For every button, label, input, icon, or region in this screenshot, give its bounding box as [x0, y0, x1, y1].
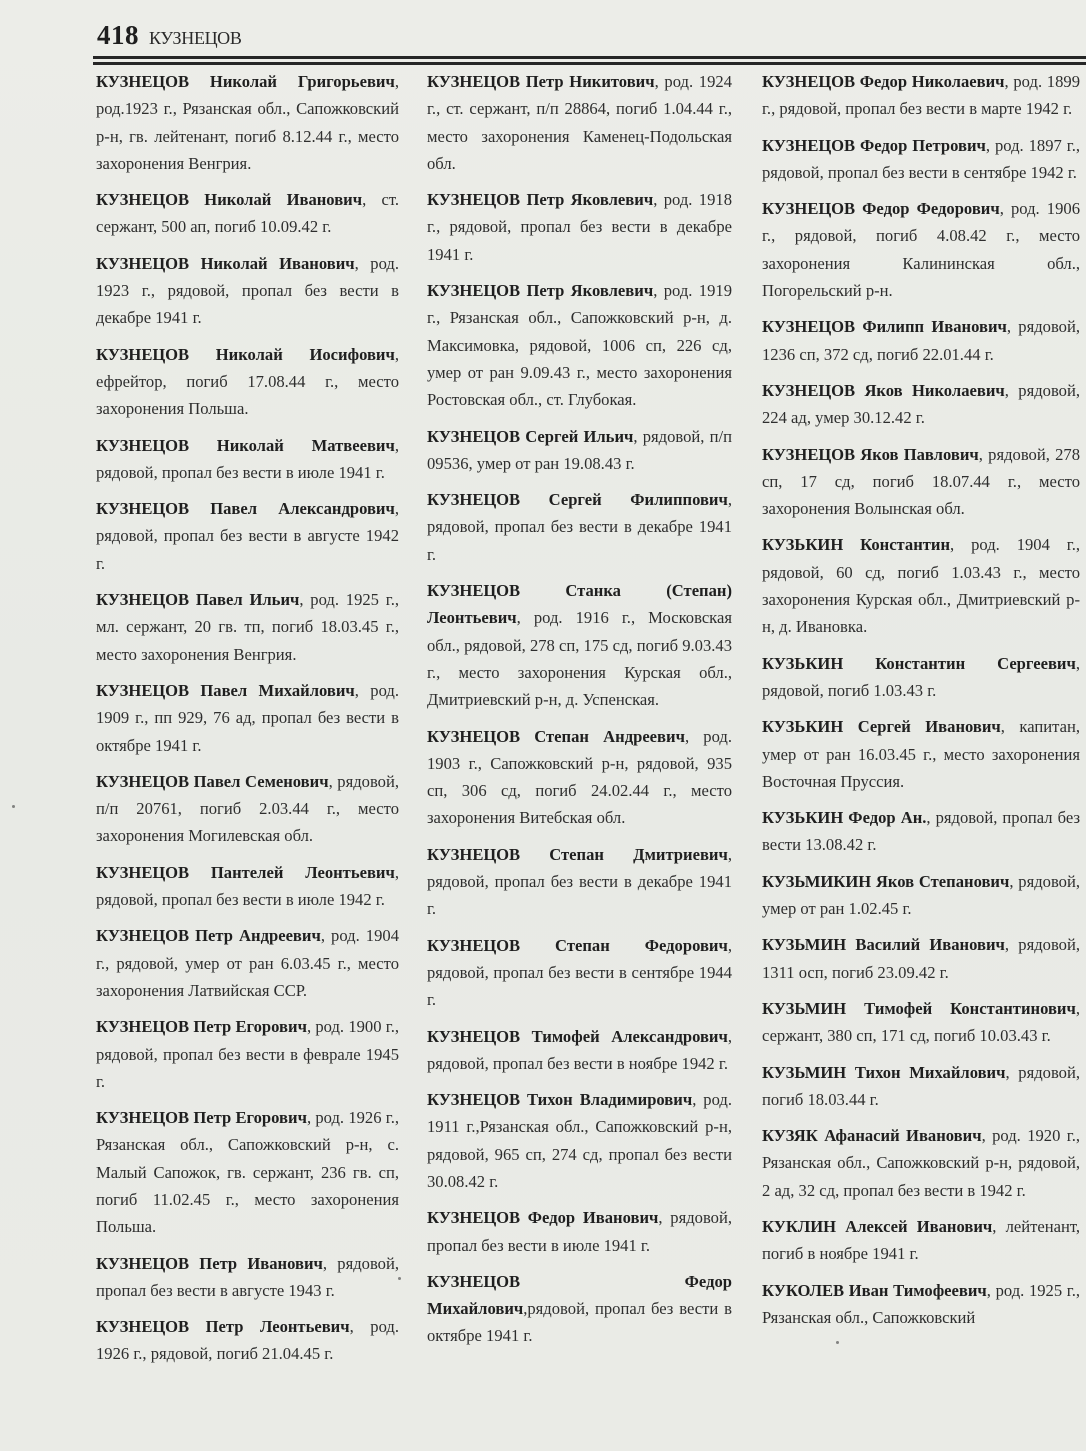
- entry: КУЗНЕЦОВ Федор Петрович, род. 1897 г., р…: [762, 132, 1080, 187]
- entry-name: КУЗНЕЦОВ Степан Федорович: [427, 936, 728, 955]
- scan-speck: [398, 1277, 401, 1280]
- entry-name: КУЗНЕЦОВ Николай Матвеевич: [96, 436, 395, 455]
- entry: КУЗЬКИН Константин Сергеевич, рядовой, п…: [762, 650, 1080, 705]
- entry-name: КУЗЬКИН Сергей Иванович: [762, 717, 1001, 736]
- entry: КУЗНЕЦОВ Сергей Филиппович, рядовой, про…: [427, 486, 732, 568]
- entry-name: КУЗНЕЦОВ Филипп Иванович: [762, 317, 1007, 336]
- entry: КУЗНЕЦОВ Павел Ильич, род. 1925 г., мл. …: [96, 586, 399, 668]
- entry-name: КУЗНЕЦОВ Павел Ильич: [96, 590, 299, 609]
- entry: КУЗНЕЦОВ Степан Федорович, рядовой, проп…: [427, 932, 732, 1014]
- entry-name: КУЗНЕЦОВ Федор Иванович: [427, 1208, 658, 1227]
- entry-name: КУЗЬКИН Константин: [762, 535, 950, 554]
- entry: КУЗНЕЦОВ Станка (Степан) Леонтьевич, род…: [427, 577, 732, 713]
- entry: КУЗЯК Афанасий Иванович, род. 1920 г., Р…: [762, 1122, 1080, 1204]
- entry: КУЗЬКИН Федор Ан., рядовой, пропал без в…: [762, 804, 1080, 859]
- header-rule-bottom: [93, 62, 1086, 65]
- entry-name: КУЗЬКИН Константин Сергеевич: [762, 654, 1076, 673]
- entry: КУЗНЕЦОВ Степан Дмитриевич, рядовой, про…: [427, 841, 732, 923]
- entry: КУЗНЕЦОВ Павел Семенович, рядовой, п/п 2…: [96, 768, 399, 850]
- entry: КУЗЬМИКИН Яков Степанович, рядовой, умер…: [762, 868, 1080, 923]
- entry-name: КУЗНЕЦОВ Петр Андреевич: [96, 926, 321, 945]
- entry: КУЗНЕЦОВ Павел Александрович, рядовой, п…: [96, 495, 399, 577]
- entry-name: КУЗНЕЦОВ Сергей Филиппович: [427, 490, 728, 509]
- entry-name: КУЗНЕЦОВ Павел Семенович: [96, 772, 329, 791]
- entry-name: КУЗЬМИН Тимофей Константинович: [762, 999, 1076, 1018]
- entry-name: КУЗЬМИН Василий Иванович: [762, 935, 1005, 954]
- column-3: КУЗНЕЦОВ Федор Николаевич, род. 1899 г.,…: [762, 68, 1080, 1377]
- scan-speck: [12, 805, 15, 808]
- entry: КУЗНЕЦОВ Петр Егорович, род. 1900 г., ря…: [96, 1013, 399, 1095]
- entry: КУЗНЕЦОВ Петр Яковлевич, род. 1919 г., Р…: [427, 277, 732, 413]
- entry: КУЗНЕЦОВ Яков Николаевич, рядовой, 224 а…: [762, 377, 1080, 432]
- entry: КУЗНЕЦОВ Федор Николаевич, род. 1899 г.,…: [762, 68, 1080, 123]
- entry: КУЗНЕЦОВ Петр Андреевич, род. 1904 г., р…: [96, 922, 399, 1004]
- entry-name: КУЗНЕЦОВ Федор Федорович: [762, 199, 1000, 218]
- running-head: 418 КУЗНЕЦОВ: [97, 20, 242, 56]
- entry: КУЗНЕЦОВ Яков Павлович, рядовой, 278 сп,…: [762, 441, 1080, 523]
- entry-details: , род. 1926 г., Рязанская обл., Сапожков…: [96, 1108, 399, 1236]
- header-rule-top: [93, 56, 1086, 59]
- entry: КУЗНЕЦОВ Тимофей Александрович, рядовой,…: [427, 1023, 732, 1078]
- entry-name: КУКОЛЕВ Иван Тимофеевич: [762, 1281, 987, 1300]
- page-number: 418: [97, 20, 139, 51]
- entry-name: КУЗНЕЦОВ Тихон Владимирович: [427, 1090, 692, 1109]
- entry: КУЗНЕЦОВ Петр Леонтьевич, род. 1926 г., …: [96, 1313, 399, 1368]
- entry: КУЗНЕЦОВ Федор Михайлович,рядовой, пропа…: [427, 1268, 732, 1350]
- entry-name: КУЗЬМИН Тихон Михайлович: [762, 1063, 1005, 1082]
- scan-speck: [836, 1341, 839, 1344]
- entry: КУЗЬМИН Тимофей Константинович, сержант,…: [762, 995, 1080, 1050]
- entry-name: КУЗНЕЦОВ Яков Николаевич: [762, 381, 1005, 400]
- entry: КУЗЬКИН Сергей Иванович, капитан, умер о…: [762, 713, 1080, 795]
- entry: КУЗНЕЦОВ Петр Иванович, рядовой, пропал …: [96, 1250, 399, 1305]
- entry: КУЗНЕЦОВ Петр Егорович, род. 1926 г., Ря…: [96, 1104, 399, 1240]
- entry-details: , род. 1919 г., Рязанская обл., Сапожков…: [427, 281, 732, 409]
- entry: КУЗЬМИН Тихон Михайлович, рядовой, погиб…: [762, 1059, 1080, 1114]
- entry: КУЗНЕЦОВ Николай Матвеевич, рядовой, про…: [96, 432, 399, 487]
- text-columns: КУЗНЕЦОВ Николай Григорьевич, род.1923 г…: [96, 68, 1081, 1377]
- running-title: КУЗНЕЦОВ: [149, 28, 242, 49]
- entry-name: КУЗНЕЦОВ Яков Павлович: [762, 445, 979, 464]
- entry-name: КУЗНЕЦОВ Петр Яковлевич: [427, 281, 653, 300]
- entry-name: КУЗНЕЦОВ Сергей Ильич: [427, 427, 633, 446]
- book-page: 418 КУЗНЕЦОВ КУЗНЕЦОВ Николай Григорьеви…: [0, 0, 1086, 1451]
- entry-name: КУЗНЕЦОВ Степан Андреевич: [427, 727, 685, 746]
- entry-name: КУЗНЕЦОВ Николай Григорьевич: [96, 72, 395, 91]
- entry-name: КУЗНЕЦОВ Николай Иванович: [96, 190, 362, 209]
- entry-name: КУЗЬКИН Федор Ан.: [762, 808, 926, 827]
- entry-name: КУЗНЕЦОВ Степан Дмитриевич: [427, 845, 728, 864]
- entry-name: КУЗНЕЦОВ Петр Леонтьевич: [96, 1317, 350, 1336]
- entry: КУЗНЕЦОВ Тихон Владимирович, род. 1911 г…: [427, 1086, 732, 1195]
- entry-name: КУЗНЕЦОВ Федор Петрович: [762, 136, 986, 155]
- entry-name: КУЗНЕЦОВ Петр Иванович: [96, 1254, 323, 1273]
- entry: КУЗНЕЦОВ Петр Яковлевич, род. 1918 г., р…: [427, 186, 732, 268]
- entry: КУЗЬКИН Константин, род. 1904 г., рядово…: [762, 531, 1080, 640]
- entry: КУЗНЕЦОВ Павел Михайлович, род. 1909 г.,…: [96, 677, 399, 759]
- entry-name: КУЗНЕЦОВ Петр Никитович: [427, 72, 655, 91]
- entry-name: КУЗЯК Афанасий Иванович: [762, 1126, 982, 1145]
- entry: КУЗНЕЦОВ Сергей Ильич, рядовой, п/п 0953…: [427, 423, 732, 478]
- entry-name: КУЗНЕЦОВ Федор Николаевич: [762, 72, 1005, 91]
- entry-name: КУЗНЕЦОВ Петр Егорович: [96, 1108, 307, 1127]
- entry: КУЗНЕЦОВ Николай Иосифович, ефрейтор, по…: [96, 341, 399, 423]
- entry-name: КУЗНЕЦОВ Тимофей Александрович: [427, 1027, 728, 1046]
- entry: КУКОЛЕВ Иван Тимофеевич, род. 1925 г., Р…: [762, 1277, 1080, 1332]
- entry-name: КУЗНЕЦОВ Петр Егорович: [96, 1017, 307, 1036]
- entry: КУЗЬМИН Василий Иванович, рядовой, 1311 …: [762, 931, 1080, 986]
- entry: КУЗНЕЦОВ Петр Никитович, род. 1924 г., с…: [427, 68, 732, 177]
- entry: КУЗНЕЦОВ Николай Иванович, ст. сержант, …: [96, 186, 399, 241]
- entry: КУЗНЕЦОВ Пантелей Леонтьевич, рядовой, п…: [96, 859, 399, 914]
- entry-name: КУЗНЕЦОВ Петр Яковлевич: [427, 190, 653, 209]
- entry-name: КУЗНЕЦОВ Павел Александрович: [96, 499, 395, 518]
- entry: КУКЛИН Алексей Иванович, лейтенант, поги…: [762, 1213, 1080, 1268]
- column-2: КУЗНЕЦОВ Петр Никитович, род. 1924 г., с…: [427, 68, 732, 1377]
- entry: КУЗНЕЦОВ Федор Федорович, род. 1906 г., …: [762, 195, 1080, 304]
- entry: КУЗНЕЦОВ Филипп Иванович, рядовой, 1236 …: [762, 313, 1080, 368]
- column-1: КУЗНЕЦОВ Николай Григорьевич, род.1923 г…: [96, 68, 399, 1377]
- entry-name: КУЗНЕЦОВ Николай Иосифович: [96, 345, 395, 364]
- entry: КУЗНЕЦОВ Николай Иванович, род. 1923 г.,…: [96, 250, 399, 332]
- entry: КУЗНЕЦОВ Федор Иванович, рядовой, пропал…: [427, 1204, 732, 1259]
- entry-name: КУЗНЕЦОВ Пантелей Леонтьевич: [96, 863, 395, 882]
- entry-name: КУЗЬМИКИН Яков Степанович: [762, 872, 1009, 891]
- entry: КУЗНЕЦОВ Степан Андреевич, род. 1903 г.,…: [427, 723, 732, 832]
- entry: КУЗНЕЦОВ Николай Григорьевич, род.1923 г…: [96, 68, 399, 177]
- entry-name: КУЗНЕЦОВ Николай Иванович: [96, 254, 355, 273]
- entry-name: КУЗНЕЦОВ Павел Михайлович: [96, 681, 355, 700]
- entry-name: КУКЛИН Алексей Иванович: [762, 1217, 992, 1236]
